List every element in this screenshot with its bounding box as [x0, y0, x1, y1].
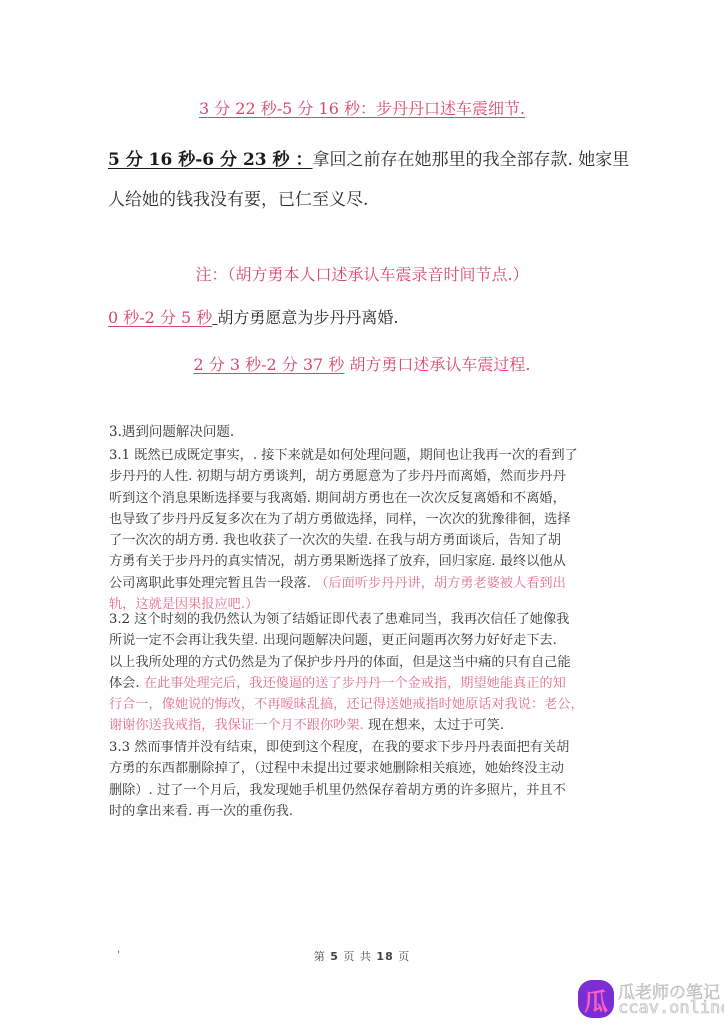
paragraph-line: 所说一定不会再让我失望. 出现问题解决问题，更正问题再次努力好好走下去.: [109, 630, 609, 651]
section-heading: 3.遇到问题解决问题.: [109, 420, 234, 440]
note-text: 注：（胡方勇本人口述承认车震录音时间节点.）: [195, 265, 528, 284]
page-number: 第 5 页 共 18 页: [0, 948, 724, 964]
timestamp-range: 0 秒-2 分 5 秒: [108, 308, 212, 327]
paragraph-line: 步丹丹的人性. 初期与胡方勇谈判，胡方勇愿意为了步丹丹而离婚，然而步丹丹: [109, 466, 609, 487]
paragraph-line: 时的拿出来看. 再一次的重伤我.: [109, 801, 609, 822]
paragraph-line: 了一次次的胡方勇. 我也收获了一次次的失望. 在我与胡方勇面谈后，告知了胡: [109, 530, 609, 551]
paragraph-line: 方勇有关于步丹丹的真实情况，胡方勇果断选择了放弃，回归家庭. 最终以他从: [109, 551, 609, 572]
paragraph-line-mixed: 体会. 在此事处理完后，我还傻逼的送了步丹丹一个金戒指，期望她能真正的知: [109, 673, 609, 694]
timestamp-range: 5 分 16 秒-6 分 23 秒 ：: [108, 150, 312, 170]
entry-text: 拿回之前存在她那里的我全部存款. 她家里: [312, 150, 629, 170]
pink-annotation: （后面听步丹丹讲，胡方勇老婆被人看到出: [315, 576, 566, 591]
watermark-logo-icon: 瓜: [578, 980, 614, 1018]
entry-text: 胡方勇愿意为步丹丹离婚.: [217, 308, 398, 327]
paragraph-3-1: 3.1 既然已成既定事实，. 接下来就是如何处理问题，期间也让我再一次的看到了 …: [109, 445, 609, 615]
logo-glyph: 瓜: [578, 982, 614, 1017]
paragraph-line: 以上我所处理的方式仍然是为了保护步丹丹的体面，但是这当中痛的只有自己能: [109, 652, 609, 673]
pink-annotation: 谢谢你送我戒指，我保证一个月不跟你吵架.: [109, 718, 364, 733]
body-text: 现在想来，太过于可笑.: [364, 718, 504, 733]
paragraph-3-2: 3.2 这个时刻的我仍然认为领了结婚证即代表了患难同当，我再次信任了她像我 所说…: [109, 609, 609, 737]
note-heading: 注：（胡方勇本人口述承认车震录音时间节点.）: [0, 262, 724, 285]
watermark-domain: ccav.online: [618, 998, 724, 1018]
entry-text: 人给她的钱我没有要，已仁至义尽.: [108, 190, 368, 210]
page-prefix: 第: [314, 950, 331, 963]
paragraph-line: 也导致了步丹丹反复多次在为了胡方勇做选择，同样，一次次的犹豫徘徊，选择: [109, 509, 609, 530]
paragraph-line: 3.3 然而事情并没有结束，即使到这个程度，在我的要求下步丹丹表面把有关胡: [109, 737, 609, 758]
paragraph-line-mixed: 谢谢你送我戒指，我保证一个月不跟你吵架. 现在想来，太过于可笑.: [109, 715, 609, 736]
entry-text: 胡方勇口述承认车震过程.: [344, 355, 530, 374]
paragraph-line: 3.2 这个时刻的我仍然认为领了结婚证即代表了患难同当，我再次信任了她像我: [109, 609, 609, 630]
timestamp-range: 2 分 3 秒-2 分 37 秒: [193, 355, 344, 374]
paragraph-line: 删除）. 过了一个月后，我发现她手机里仍然保存着胡方勇的许多照片，并且不: [109, 780, 609, 801]
timeline-entry-divorce: 0 秒-2 分 5 秒​ 胡方勇愿意为步丹丹离婚.: [108, 298, 648, 338]
body-text: 体会.: [109, 676, 144, 691]
timeline-heading-a: 3 分 22 秒-5 分 16 秒：步丹丹口述车震细节.: [0, 96, 724, 119]
body-text: 公司离职此事处理完暂且告一段落.: [109, 576, 315, 591]
page-current: 5: [330, 950, 339, 963]
paragraph-line: 方勇的东西都删除掉了，（过程中未提出过要求她删除相关痕迹，她始终没主动: [109, 758, 609, 779]
pink-annotation-line: 行合一，像她说的悔改，不再暧昧乱搞，还记得送她戒指时她原话对我说：老公，: [109, 694, 609, 715]
timeline-entry-admission: 2 分 3 秒-2 分 37 秒 胡方勇口述承认车震过程.: [0, 352, 724, 375]
timeline-heading-a-text: 3 分 22 秒-5 分 16 秒：步丹丹口述车震细节.: [199, 99, 525, 118]
paragraph-line: 3.1 既然已成既定事实，. 接下来就是如何处理问题，期间也让我再一次的看到了: [109, 445, 609, 466]
page-middle: 页 共: [339, 950, 377, 963]
page-total: 18: [376, 950, 393, 963]
watermark: 瓜 瓜老师の笔记 ccav.online: [578, 978, 724, 1020]
timeline-entry-savings: 5 分 16 秒-6 分 23 秒 ：拿回之前存在她那里的我全部存款. 她家里: [108, 140, 648, 180]
paragraph-line: 听到这个消息果断选择要与我离婚. 期间胡方勇也在一次次反复离婚和不离婚，: [109, 488, 609, 509]
timeline-entry-savings-cont: 人给她的钱我没有要，已仁至义尽.: [108, 180, 648, 220]
pink-annotation: 在此事处理完后，我还傻逼的送了步丹丹一个金戒指，期望她能真正的知: [144, 676, 566, 691]
paragraph-3-3: 3.3 然而事情并没有结束，即使到这个程度，在我的要求下步丹丹表面把有关胡 方勇…: [109, 737, 609, 822]
paragraph-line-mixed: 公司离职此事处理完暂且告一段落. （后面听步丹丹讲，胡方勇老婆被人看到出: [109, 573, 609, 594]
page-suffix: 页: [394, 950, 411, 963]
